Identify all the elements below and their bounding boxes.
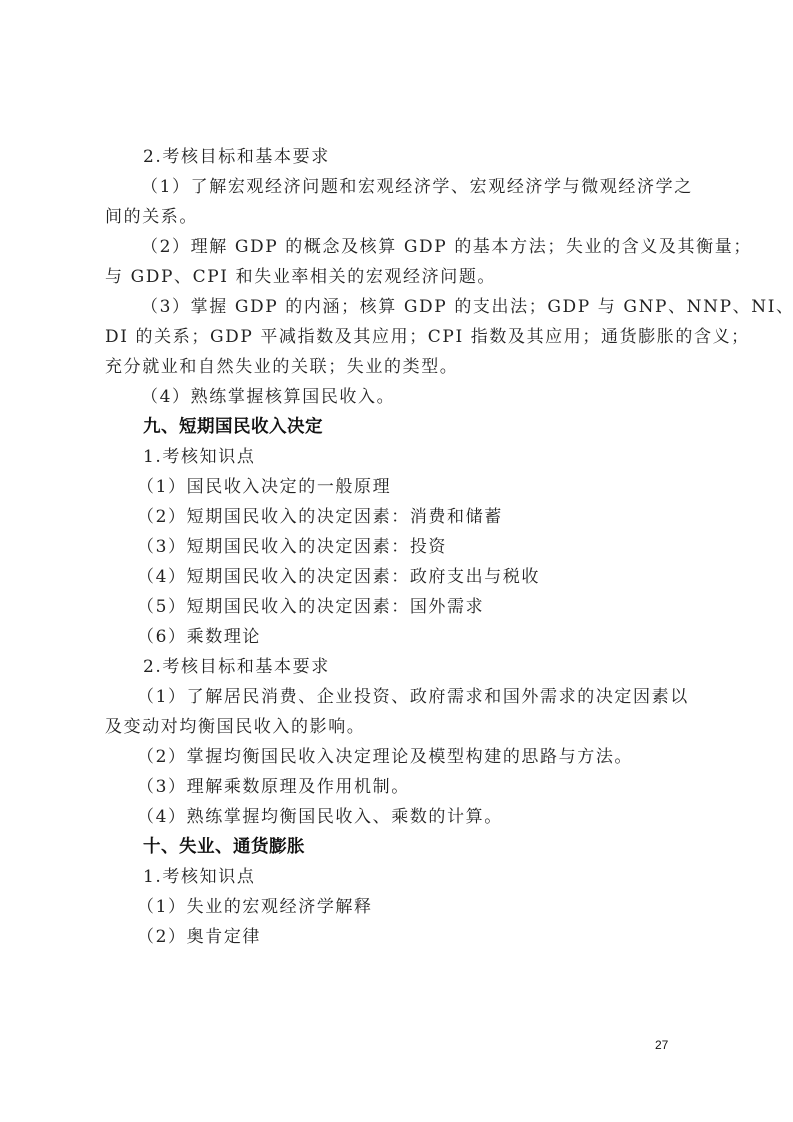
subsection-title: 2.考核目标和基本要求 (105, 142, 693, 172)
paragraph-continuation: 及变动对均衡国民收入的影响。 (105, 712, 693, 742)
page-body: 2.考核目标和基本要求 （1）了解宏观经济问题和宏观经济学、宏观经济学与微观经济… (105, 142, 693, 952)
list-item: （5）短期国民收入的决定因素：国外需求 (105, 592, 693, 622)
paragraph-line: （2）理解 GDP 的概念及核算 GDP 的基本方法；失业的含义及其衡量； (105, 232, 693, 262)
list-item: （4）短期国民收入的决定因素：政府支出与税收 (105, 562, 693, 592)
subsection-title: 1.考核知识点 (105, 862, 693, 892)
paragraph-continuation: 充分就业和自然失业的关联；失业的类型。 (105, 352, 693, 382)
paragraph-continuation: 间的关系。 (105, 202, 693, 232)
page-number: 27 (655, 1038, 668, 1052)
document-page: 2.考核目标和基本要求 （1）了解宏观经济问题和宏观经济学、宏观经济学与微观经济… (0, 0, 793, 1122)
list-item: （2）短期国民收入的决定因素：消费和储蓄 (105, 502, 693, 532)
paragraph-line: （3）掌握 GDP 的内涵；核算 GDP 的支出法；GDP 与 GNP、NNP、… (105, 292, 693, 322)
list-item: （1）国民收入决定的一般原理 (105, 472, 693, 502)
section-heading: 十、失业、通货膨胀 (105, 832, 693, 862)
list-item: （1）失业的宏观经济学解释 (105, 892, 693, 922)
list-item: （1）了解居民消费、企业投资、政府需求和国外需求的决定因素以 (105, 682, 693, 712)
subsection-title: 2.考核目标和基本要求 (105, 652, 693, 682)
paragraph-continuation: 与 GDP、CPI 和失业率相关的宏观经济问题。 (105, 262, 693, 292)
subsection-title: 1.考核知识点 (105, 442, 693, 472)
list-item: （3）理解乘数原理及作用机制。 (105, 772, 693, 802)
paragraph-line: （4）熟练掌握核算国民收入。 (105, 382, 693, 412)
paragraph-continuation: DI 的关系；GDP 平减指数及其应用；CPI 指数及其应用；通货膨胀的含义； (105, 322, 693, 352)
list-item: （2）奥肯定律 (105, 922, 693, 952)
paragraph-line: （1）了解宏观经济问题和宏观经济学、宏观经济学与微观经济学之 (105, 172, 693, 202)
section-heading: 九、短期国民收入决定 (105, 412, 693, 442)
list-item: （6）乘数理论 (105, 622, 693, 652)
list-item: （2）掌握均衡国民收入决定理论及模型构建的思路与方法。 (105, 742, 693, 772)
list-item: （3）短期国民收入的决定因素：投资 (105, 532, 693, 562)
list-item: （4）熟练掌握均衡国民收入、乘数的计算。 (105, 802, 693, 832)
